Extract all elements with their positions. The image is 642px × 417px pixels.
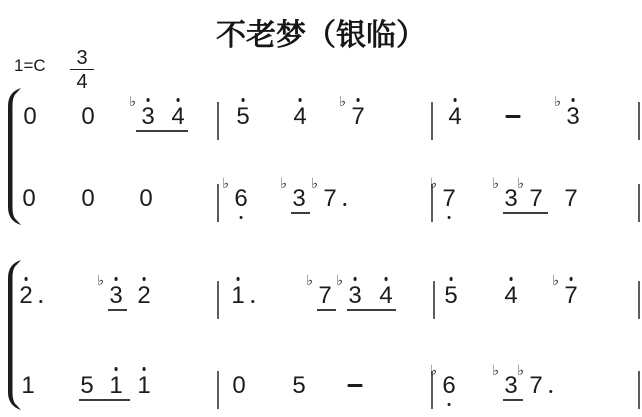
note-5: 5 (444, 284, 457, 308)
beam-underline (136, 130, 188, 132)
note-7: 7♭ (564, 284, 577, 308)
octave-dot-above (142, 367, 146, 371)
octave-dot-above (241, 98, 245, 102)
rest-0: 0 (22, 187, 35, 211)
note-7: 7♭ (318, 284, 331, 308)
note-7: 7♭ (351, 105, 364, 129)
augmentation-dot (39, 300, 43, 304)
barline (638, 102, 640, 140)
system-bracket-icon (3, 88, 23, 225)
note-4: 4 (379, 284, 392, 308)
flat-icon: ♭ (129, 94, 136, 108)
flat-icon: ♭ (492, 363, 499, 377)
flat-icon: ♭ (339, 94, 346, 108)
octave-dot-above (571, 98, 575, 102)
note-5: 5 (236, 105, 249, 129)
octave-dot-above (236, 277, 240, 281)
octave-dot-below (447, 403, 451, 407)
flat-icon: ♭ (97, 273, 104, 287)
flat-icon: ♭ (517, 176, 524, 190)
barline (431, 102, 433, 140)
flat-icon: ♭ (552, 273, 559, 287)
beam-underline (503, 399, 523, 401)
rest-0: 0 (81, 187, 94, 211)
flat-icon: ♭ (430, 363, 437, 377)
flat-icon: ♭ (430, 176, 437, 190)
beam-underline (347, 309, 396, 311)
rest-0: 0 (232, 374, 245, 398)
time-signature-denominator: 4 (70, 70, 94, 92)
octave-dot-above (453, 98, 457, 102)
octave-dot-above (114, 367, 118, 371)
flat-icon: ♭ (311, 176, 318, 190)
note-4: 4 (171, 105, 184, 129)
note-5: 5 (292, 374, 305, 398)
flat-icon: ♭ (336, 273, 343, 287)
note-7: 7♭ (529, 187, 542, 211)
octave-dot-below (447, 216, 451, 220)
note-3: 3♭ (504, 187, 517, 211)
octave-dot-above (356, 98, 360, 102)
note-3: 3♭ (141, 105, 154, 129)
time-signature: 3 4 (70, 47, 94, 92)
octave-dot-above (509, 277, 513, 281)
augmentation-dot (251, 300, 255, 304)
note-1: 1 (231, 284, 244, 308)
note-3: 3♭ (109, 284, 122, 308)
note-3: 3♭ (292, 187, 305, 211)
octave-dot-above (353, 277, 357, 281)
key-signature: 1=C (14, 57, 46, 75)
barline (217, 184, 219, 222)
beam-underline (503, 212, 548, 214)
note-3: 3♭ (504, 374, 517, 398)
barline (217, 281, 219, 319)
beam-underline (79, 399, 130, 401)
barline (638, 371, 640, 409)
note-7: 7♭ (323, 187, 336, 211)
barline (638, 184, 640, 222)
barline (217, 371, 219, 409)
note-6: 6♭ (234, 187, 247, 211)
note-2: 2 (19, 284, 32, 308)
note-3: 3♭ (566, 105, 579, 129)
octave-dot-above (449, 277, 453, 281)
flat-icon: ♭ (280, 176, 287, 190)
rest-0: 0 (23, 105, 36, 129)
barline (638, 281, 640, 319)
flat-icon: ♭ (517, 363, 524, 377)
beam-underline (108, 309, 127, 311)
note-7: 7 (564, 187, 577, 211)
flat-icon: ♭ (222, 176, 229, 190)
rest-0: 0 (81, 105, 94, 129)
flat-icon: ♭ (554, 94, 561, 108)
note-4: 4 (504, 284, 517, 308)
octave-dot-above (298, 98, 302, 102)
time-signature-numerator: 3 (70, 47, 94, 70)
octave-dot-above (176, 98, 180, 102)
octave-dot-below (239, 216, 243, 220)
note-6: 6♭ (442, 374, 455, 398)
note-4: 4 (448, 105, 461, 129)
note-3: 3♭ (348, 284, 361, 308)
octave-dot-above (142, 277, 146, 281)
barline (217, 102, 219, 140)
augmentation-dot (549, 390, 553, 394)
octave-dot-above (114, 277, 118, 281)
rest-0: 0 (139, 187, 152, 211)
octave-dot-above (569, 277, 573, 281)
note-7: 7♭ (529, 374, 542, 398)
beam-underline (317, 309, 336, 311)
octave-dot-above (384, 277, 388, 281)
note-7: 7♭ (442, 187, 455, 211)
barline (433, 281, 435, 319)
note-4: 4 (293, 105, 306, 129)
flat-icon: ♭ (492, 176, 499, 190)
beam-underline (291, 212, 310, 214)
sheet-music-page: 不老梦（银临） 1=C 3 4 003♭4547♭43♭0006♭3♭7♭7♭3… (0, 0, 642, 417)
sustain-dash (506, 115, 521, 118)
augmentation-dot (343, 203, 347, 207)
note-2: 2 (137, 284, 150, 308)
note-1: 1 (137, 374, 150, 398)
sustain-dash (348, 384, 363, 387)
note-5: 5 (80, 374, 93, 398)
flat-icon: ♭ (306, 273, 313, 287)
note-1: 1 (109, 374, 122, 398)
octave-dot-above (146, 98, 150, 102)
note-1: 1 (21, 374, 34, 398)
octave-dot-above (24, 277, 28, 281)
song-title: 不老梦（银临） (0, 19, 642, 53)
